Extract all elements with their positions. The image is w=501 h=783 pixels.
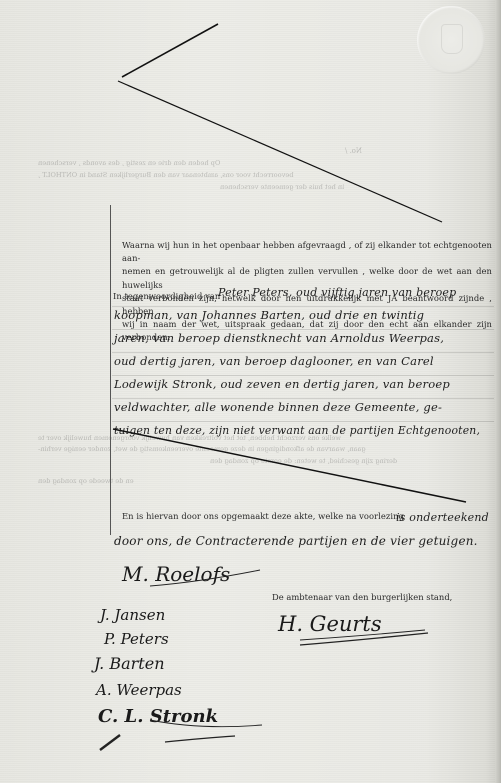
pen-strokes	[0, 0, 501, 783]
document-page: No. / Op heden den drie en zestig , des …	[0, 0, 501, 783]
cancellation-stroke-middle	[113, 429, 466, 502]
cancellation-stroke-top	[118, 24, 442, 222]
signature-flourishes	[100, 570, 428, 750]
